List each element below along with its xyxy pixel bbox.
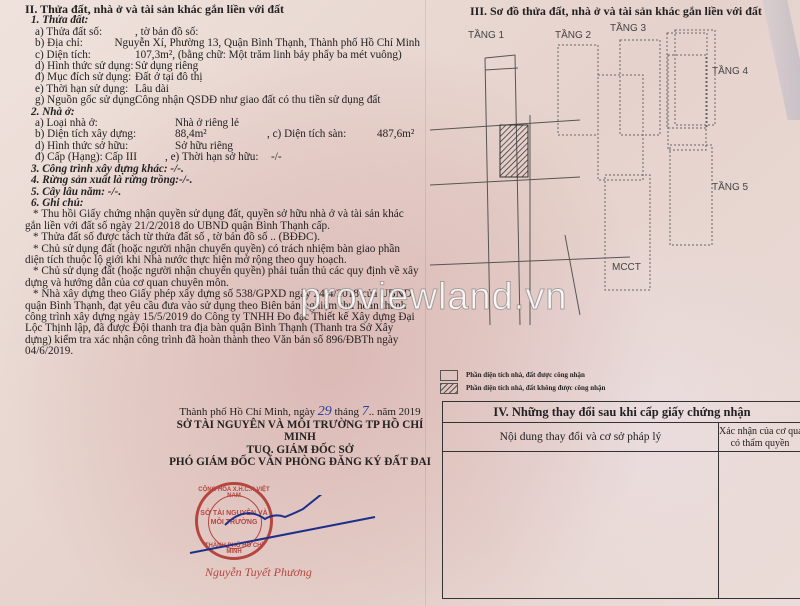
diagram-legend: Phần diện tích nhà, đất được công nhận P…	[440, 369, 605, 395]
land-row: g) Nguồn gốc sử dụng:Công nhận QSDĐ như …	[35, 95, 420, 106]
signer-name: Nguyễn Tuyết Phương	[205, 565, 312, 580]
place-date: Thành phố Hồ Chí Minh, ngày 29 tháng 7..…	[160, 406, 440, 419]
forest: 4. Rừng sản xuất là rừng trồng:-/-.	[31, 175, 420, 186]
issuing-org: SỞ TÀI NGUYÊN VÀ MÔI TRƯỜNG TP HỒ CHÍ MI…	[160, 419, 440, 444]
floor-label: TẦNG 4	[712, 66, 748, 77]
floor-label: TẦNG 2	[555, 30, 591, 41]
note-item: * Thửa đất số được tách từ thửa đất số ,…	[25, 232, 420, 243]
watermark: proviewland.vn	[300, 276, 567, 319]
unrecognized-area-swatch	[440, 383, 458, 394]
col-change-content: Nội dung thay đổi và cơ sở pháp lý	[443, 423, 719, 451]
land-row: b) Địa chỉ:Nguyễn Xí, Phường 13, Quận Bì…	[35, 38, 420, 49]
section-3: III. Sơ đồ thửa đất, nhà ở và tài sản kh…	[430, 4, 800, 19]
on-behalf: TUQ. GIÁM ĐỐC SỞ	[160, 444, 440, 457]
floor-label: TẦNG 3	[610, 23, 646, 34]
certificate-page: II. Thửa đất, nhà ở và tài sản khác gắn …	[0, 0, 800, 606]
section-4-title: IV. Những thay đổi sau khi cấp giấy chứn…	[443, 402, 800, 423]
position: PHÓ GIÁM ĐỐC VĂN PHÒNG ĐĂNG KÝ ĐẤT ĐAI	[160, 456, 440, 469]
col-authority-confirmation: Xác nhận của cơ quan có thẩm quyền	[719, 423, 800, 451]
perennial-trees: 5. Cây lâu năm: -/-.	[31, 187, 420, 198]
changes-table: IV. Những thay đổi sau khi cấp giấy chứn…	[442, 401, 800, 599]
note-item: * Thu hồi Giấy chứng nhận quyền sử dụng …	[25, 209, 420, 232]
land-rows: a) Thửa đất số:, tờ bản đồ số:b) Địa chỉ…	[25, 27, 420, 107]
note-item: * Chủ sử dụng đất (hoặc người nhận chuyể…	[25, 244, 420, 267]
house-grade-row: đ) Cấp (Hạng): Cấp III , e) Thời hạn sở …	[35, 152, 420, 163]
floor-label: MCCT	[612, 262, 641, 273]
floor-label: TẦNG 1	[468, 30, 504, 41]
signature-block: Thành phố Hồ Chí Minh, ngày 29 tháng 7..…	[160, 406, 440, 469]
section-3-title: III. Sơ đồ thửa đất, nhà ở và tài sản kh…	[470, 4, 800, 19]
change-content-cell	[443, 452, 719, 598]
recognized-area-swatch	[440, 370, 458, 381]
signature-icon	[185, 495, 415, 565]
floor-label: TẦNG 5	[712, 182, 748, 193]
month: 7	[362, 404, 369, 419]
day: 29	[318, 404, 332, 419]
